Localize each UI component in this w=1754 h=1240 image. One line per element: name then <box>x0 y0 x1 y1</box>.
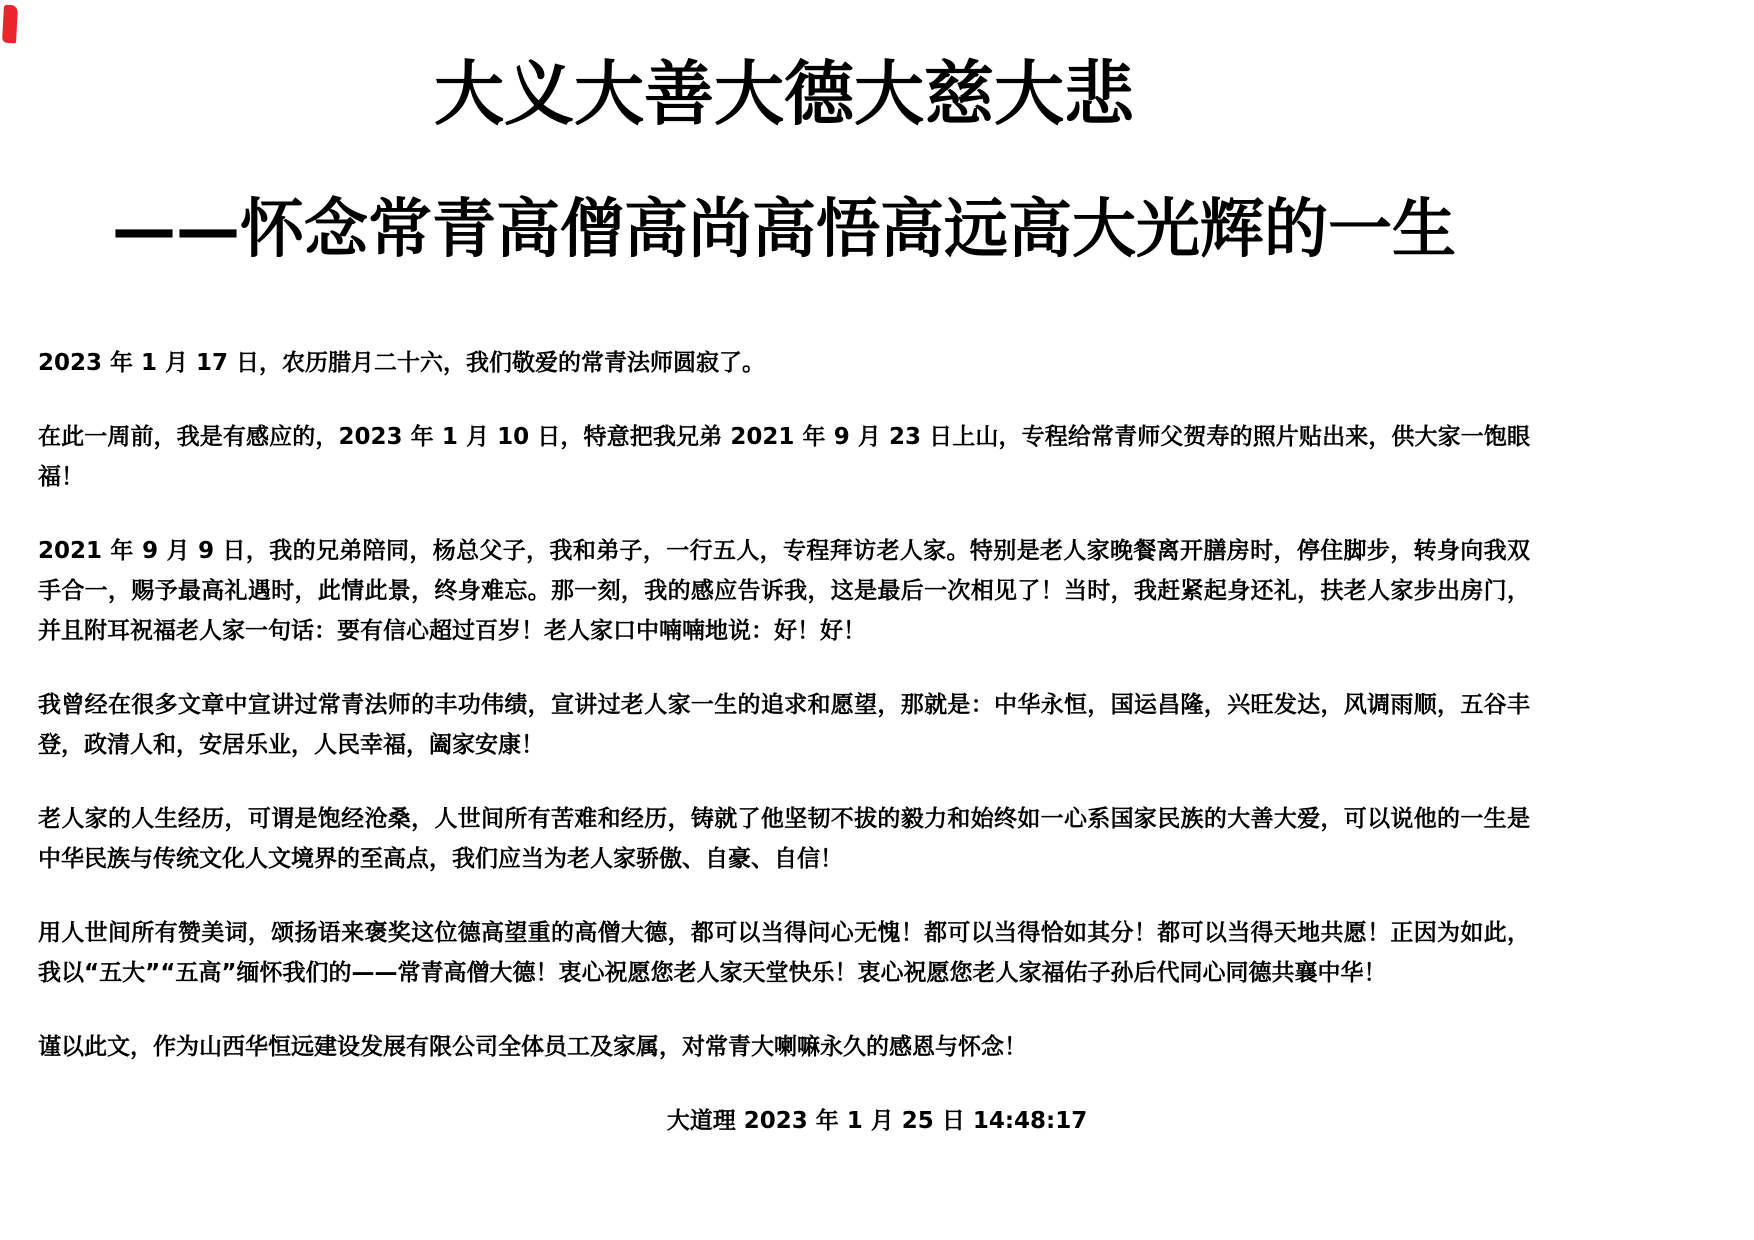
paragraph: 老人家的人生经历，可谓是饱经沧桑，人世间所有苦难和经历，铸就了他坚韧不拔的毅力和… <box>38 799 1530 879</box>
signature-line: 大道理 2023 年 1 月 25 日 14:48:17 <box>0 1101 1754 1141</box>
page-subtitle: ——怀念常青高僧高尚高悟高远高大光辉的一生 <box>38 186 1530 274</box>
memorial-document-page: 大义大善大德大慈大悲 ——怀念常青高僧高尚高悟高远高大光辉的一生 2023 年 … <box>0 0 1754 1240</box>
paragraph: 2021 年 9 月 9 日，我的兄弟陪同，杨总父子，我和弟子，一行五人，专程拜… <box>38 531 1530 651</box>
paragraph: 2023 年 1 月 17 日，农历腊月二十六，我们敬爱的常青法师圆寂了。 <box>38 343 1530 383</box>
red-pen-mark <box>2 5 18 44</box>
paragraph: 谨以此文，作为山西华恒远建设发展有限公司全体员工及家属，对常青大喇嘛永久的感恩与… <box>38 1027 1530 1067</box>
paragraph: 在此一周前，我是有感应的，2023 年 1 月 10 日，特意把我兄弟 2021… <box>38 417 1530 497</box>
paragraph: 用人世间所有赞美词，颂扬语来褒奖这位德高望重的高僧大德，都可以当得问心无愧！都可… <box>38 913 1530 993</box>
document-content: 大义大善大德大慈大悲 ——怀念常青高僧高尚高悟高远高大光辉的一生 2023 年 … <box>38 0 1530 1067</box>
page-title: 大义大善大德大慈大悲 <box>38 0 1530 138</box>
paragraph: 我曾经在很多文章中宣讲过常青法师的丰功伟绩，宣讲过老人家一生的追求和愿望，那就是… <box>38 685 1530 765</box>
document-body: 2023 年 1 月 17 日，农历腊月二十六，我们敬爱的常青法师圆寂了。 在此… <box>38 343 1530 1067</box>
